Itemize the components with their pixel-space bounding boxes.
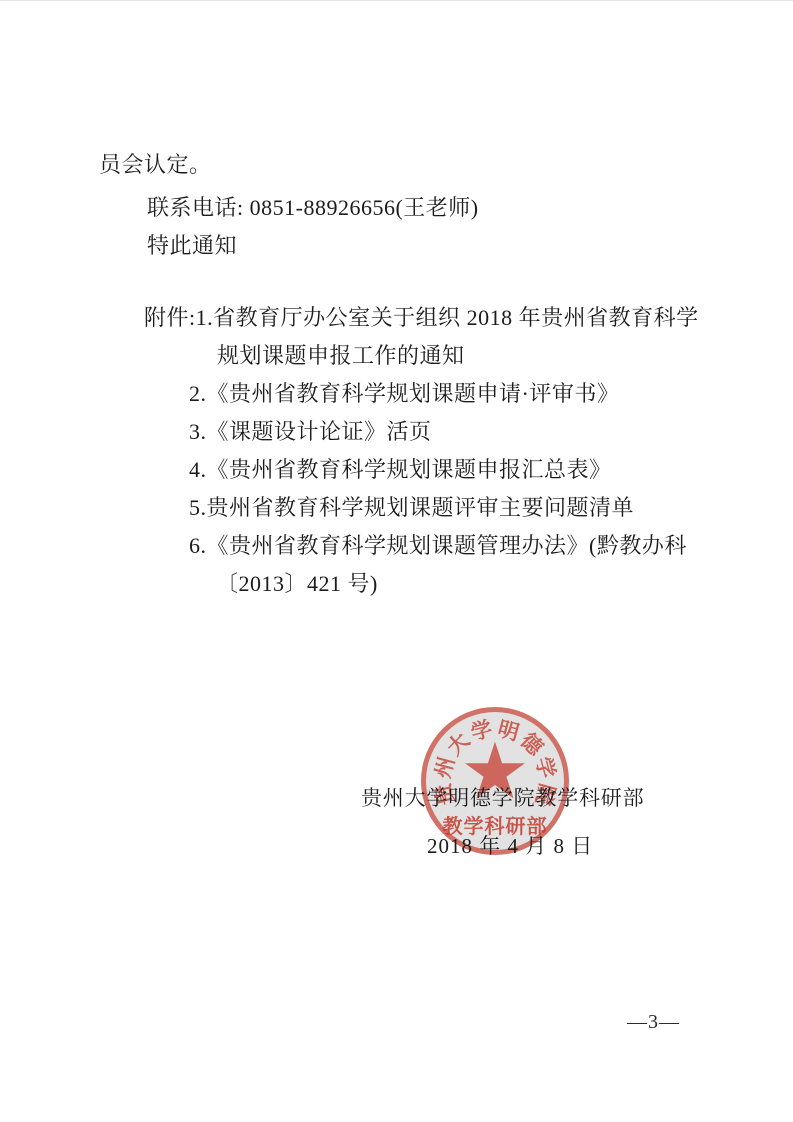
attachment-line: 2.《贵州省教育科学规划课题申请·评审书》 [189, 381, 619, 407]
attachment-line: 4.《贵州省教育科学规划课题申报汇总表》 [189, 457, 612, 483]
attachment-line: 附件:1.省教育厅办公室关于组织 2018 年贵州省教育科学 [144, 305, 699, 331]
page-number: —3— [627, 1011, 680, 1034]
signature-organization: 贵州大学明德学院教学科研部 [361, 785, 644, 811]
attachment-line: 规划课题申报工作的通知 [217, 343, 465, 369]
notice-line: 特此通知 [147, 233, 237, 259]
attachment-line: 〔2013〕421 号) [216, 571, 378, 597]
paragraph-fragment: 员会认定。 [99, 152, 212, 178]
attachment-line: 6.《贵州省教育科学规划课题管理办法》(黔教办科 [189, 533, 687, 559]
attachment-line: 5.贵州省教育科学规划课题评审主要问题清单 [189, 495, 634, 521]
document-page: 员会认定。 联系电话: 0851-88926656(王老师) 特此通知 附件:1… [0, 0, 793, 1122]
contact-phone-line: 联系电话: 0851-88926656(王老师) [147, 195, 479, 221]
signature-date: 2018 年 4 月 8 日 [427, 833, 593, 859]
attachment-line: 3.《课题设计论证》活页 [189, 419, 432, 445]
